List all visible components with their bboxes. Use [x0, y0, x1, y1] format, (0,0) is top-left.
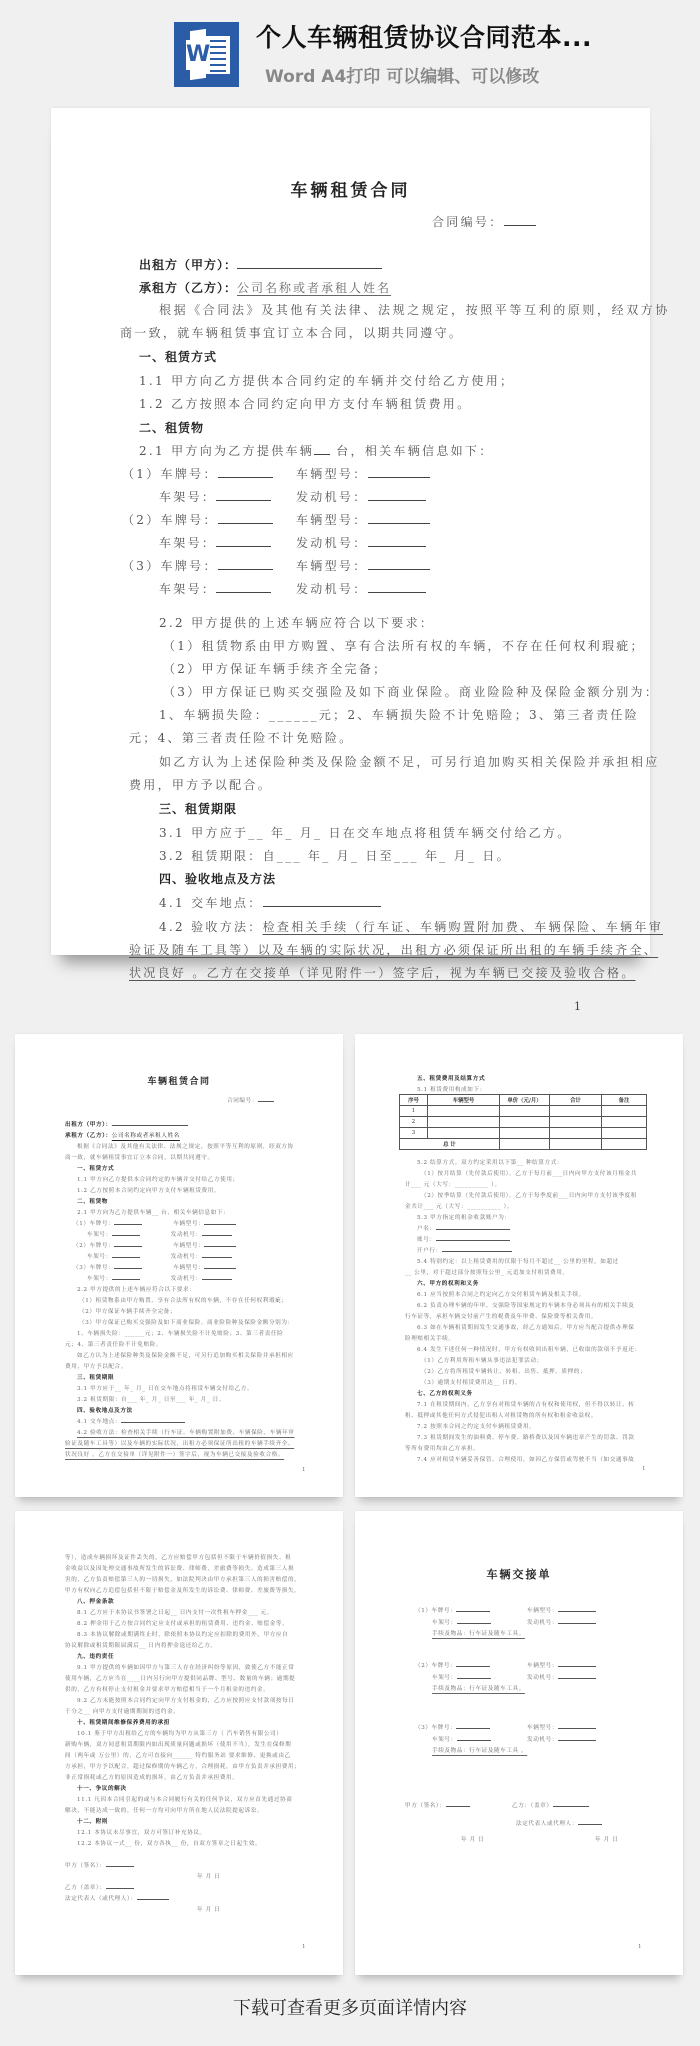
clause: （1）租赁物系由甲方购置、享有合法所有权的车辆，不存在任何权利瑕疵；: [163, 637, 645, 654]
vehicle-plate-2: （2）车牌号：: [122, 511, 273, 528]
vehicle-frame-2: 车架号：: [159, 534, 271, 551]
fee-table: 序号 车辆型号 单价（元/月） 合计 备注 1 2 3 总 计: [399, 1094, 647, 1150]
thumbnail-page-1[interactable]: 车辆租赁合同 合同编号： 出租方（甲方）： 承租方（乙方）：公司名称或者承租人姓…: [15, 1034, 343, 1497]
thumbnail-page-4[interactable]: 车辆交接单 （1）车牌号： 车辆型号： 车架号： 发动机号： 手续及物品：行车证…: [355, 1511, 683, 1975]
vehicle-model-1: 车辆型号：: [296, 465, 430, 482]
vehicle-engine-2: 发动机号：: [296, 534, 426, 551]
vehicle-engine-1: 发动机号：: [296, 488, 426, 505]
clause: 如乙方认为上述保险种类及保险金额不足，可另行追加购买相关保险并承担相应: [159, 753, 660, 770]
vehicle-frame-3: 车架号：: [159, 580, 271, 597]
vehicle-engine-3: 发动机号：: [296, 580, 426, 597]
clause: 1.2 乙方按照本合同约定向甲方支付车辆租赁费用。: [139, 395, 471, 412]
clause: 1.1 甲方向乙方提供本合同约定的车辆并交付给乙方使用；: [139, 372, 514, 389]
clause: 3.2 租赁期限：自___ 年_ 月_ 日至___ 年_ 月_ 日。: [159, 847, 511, 864]
clause: （2）甲方保证车辆手续齐全完备；: [163, 660, 387, 677]
intro-text: 商一致，就车辆租赁事宜订立本合同，以期共同遵守。: [120, 324, 463, 341]
thumbnail-page-3[interactable]: 等），造成车辆损坏及证件丢失的，乙方应赔偿甲方包括但不限于车辆价值损失、租 金收…: [15, 1511, 343, 1975]
vehicle-plate-3: （3）车牌号：: [122, 557, 273, 574]
insurance-line: 元；4、第三者责任险不计免赔险。: [129, 729, 353, 746]
vehicle-plate-1: （1）车牌号：: [122, 465, 273, 482]
clause: 2.1 甲方向为乙方提供车辆 台，相关车辆信息如下：: [139, 442, 494, 459]
intro-text: 根据《合同法》及其他有关法律、法规之规定，按照平等互利的原则，经双方协: [159, 301, 670, 318]
lessee-field: 承租方（乙方）：公司名称或者承租人姓名: [139, 279, 391, 296]
document-title: 个人车辆租赁协议合同范本...: [256, 18, 592, 54]
inspection-method: 验证及随车工具等）以及车辆的实际状况，出租方必须保证所出租的车辆手续齐全、: [129, 941, 658, 958]
lessor-field: 出租方（甲方）：: [139, 256, 382, 273]
inspection-method: 4.2 验收方法：检查相关手续（行车证、车辆购置附加费、车辆保险、车辆年审: [159, 918, 663, 935]
vehicle-model-2: 车辆型号：: [296, 511, 430, 528]
section-heading: 三、租赁期限: [159, 800, 237, 817]
contract-number: 合同编号：: [432, 213, 536, 230]
section-heading: 一、租赁方式: [139, 348, 217, 365]
section-heading: 四、验收地点及方法: [159, 870, 276, 887]
inspection-method: 状况良好 。乙方在交接单（详见附件一）签字后，视为车辆已交接及验收合格。: [129, 964, 636, 981]
contract-title: 车辆租赁合同: [51, 176, 650, 201]
vehicle-model-3: 车辆型号：: [296, 557, 430, 574]
main-page-preview: 车辆租赁合同 合同编号： 出租方（甲方）： 承租方（乙方）：公司名称或者承租人姓…: [51, 108, 650, 955]
delivery-location: 4.1 交车地点：: [159, 894, 381, 911]
download-more-link[interactable]: 下载可查看更多页面详情内容: [0, 1994, 700, 2020]
clause: 费用，甲方予以配合。: [129, 776, 272, 793]
thumbnail-page-2[interactable]: 五、租赁费用及结算方式 5.1 租赁费用构成如下： 序号 车辆型号 单价（元/月…: [355, 1034, 683, 1497]
clause: 2.2 甲方提供的上述车辆应符合以下要求：: [159, 614, 434, 631]
word-document-icon: W: [174, 22, 239, 87]
insurance-line: 1、车辆损失险：______元；2、车辆损失险不计免赔险；3、第三者责任险: [159, 706, 639, 723]
clause: 3.1 甲方应于__ 年_ 月_ 日在交车地点将租赁车辆交付给乙方。: [159, 824, 572, 841]
page-number: 1: [574, 1000, 581, 1013]
document-subtitle: Word A4打印 可以编辑、可以修改: [265, 62, 539, 87]
clause: （3）甲方保证已购买交强险及如下商业保险。商业险险种及保险金额分别为：: [163, 683, 659, 700]
section-heading: 二、租赁物: [139, 419, 204, 436]
header: W 个人车辆租赁协议合同范本... Word A4打印 可以编辑、可以修改: [0, 0, 700, 108]
vehicle-frame-1: 车架号：: [159, 488, 271, 505]
